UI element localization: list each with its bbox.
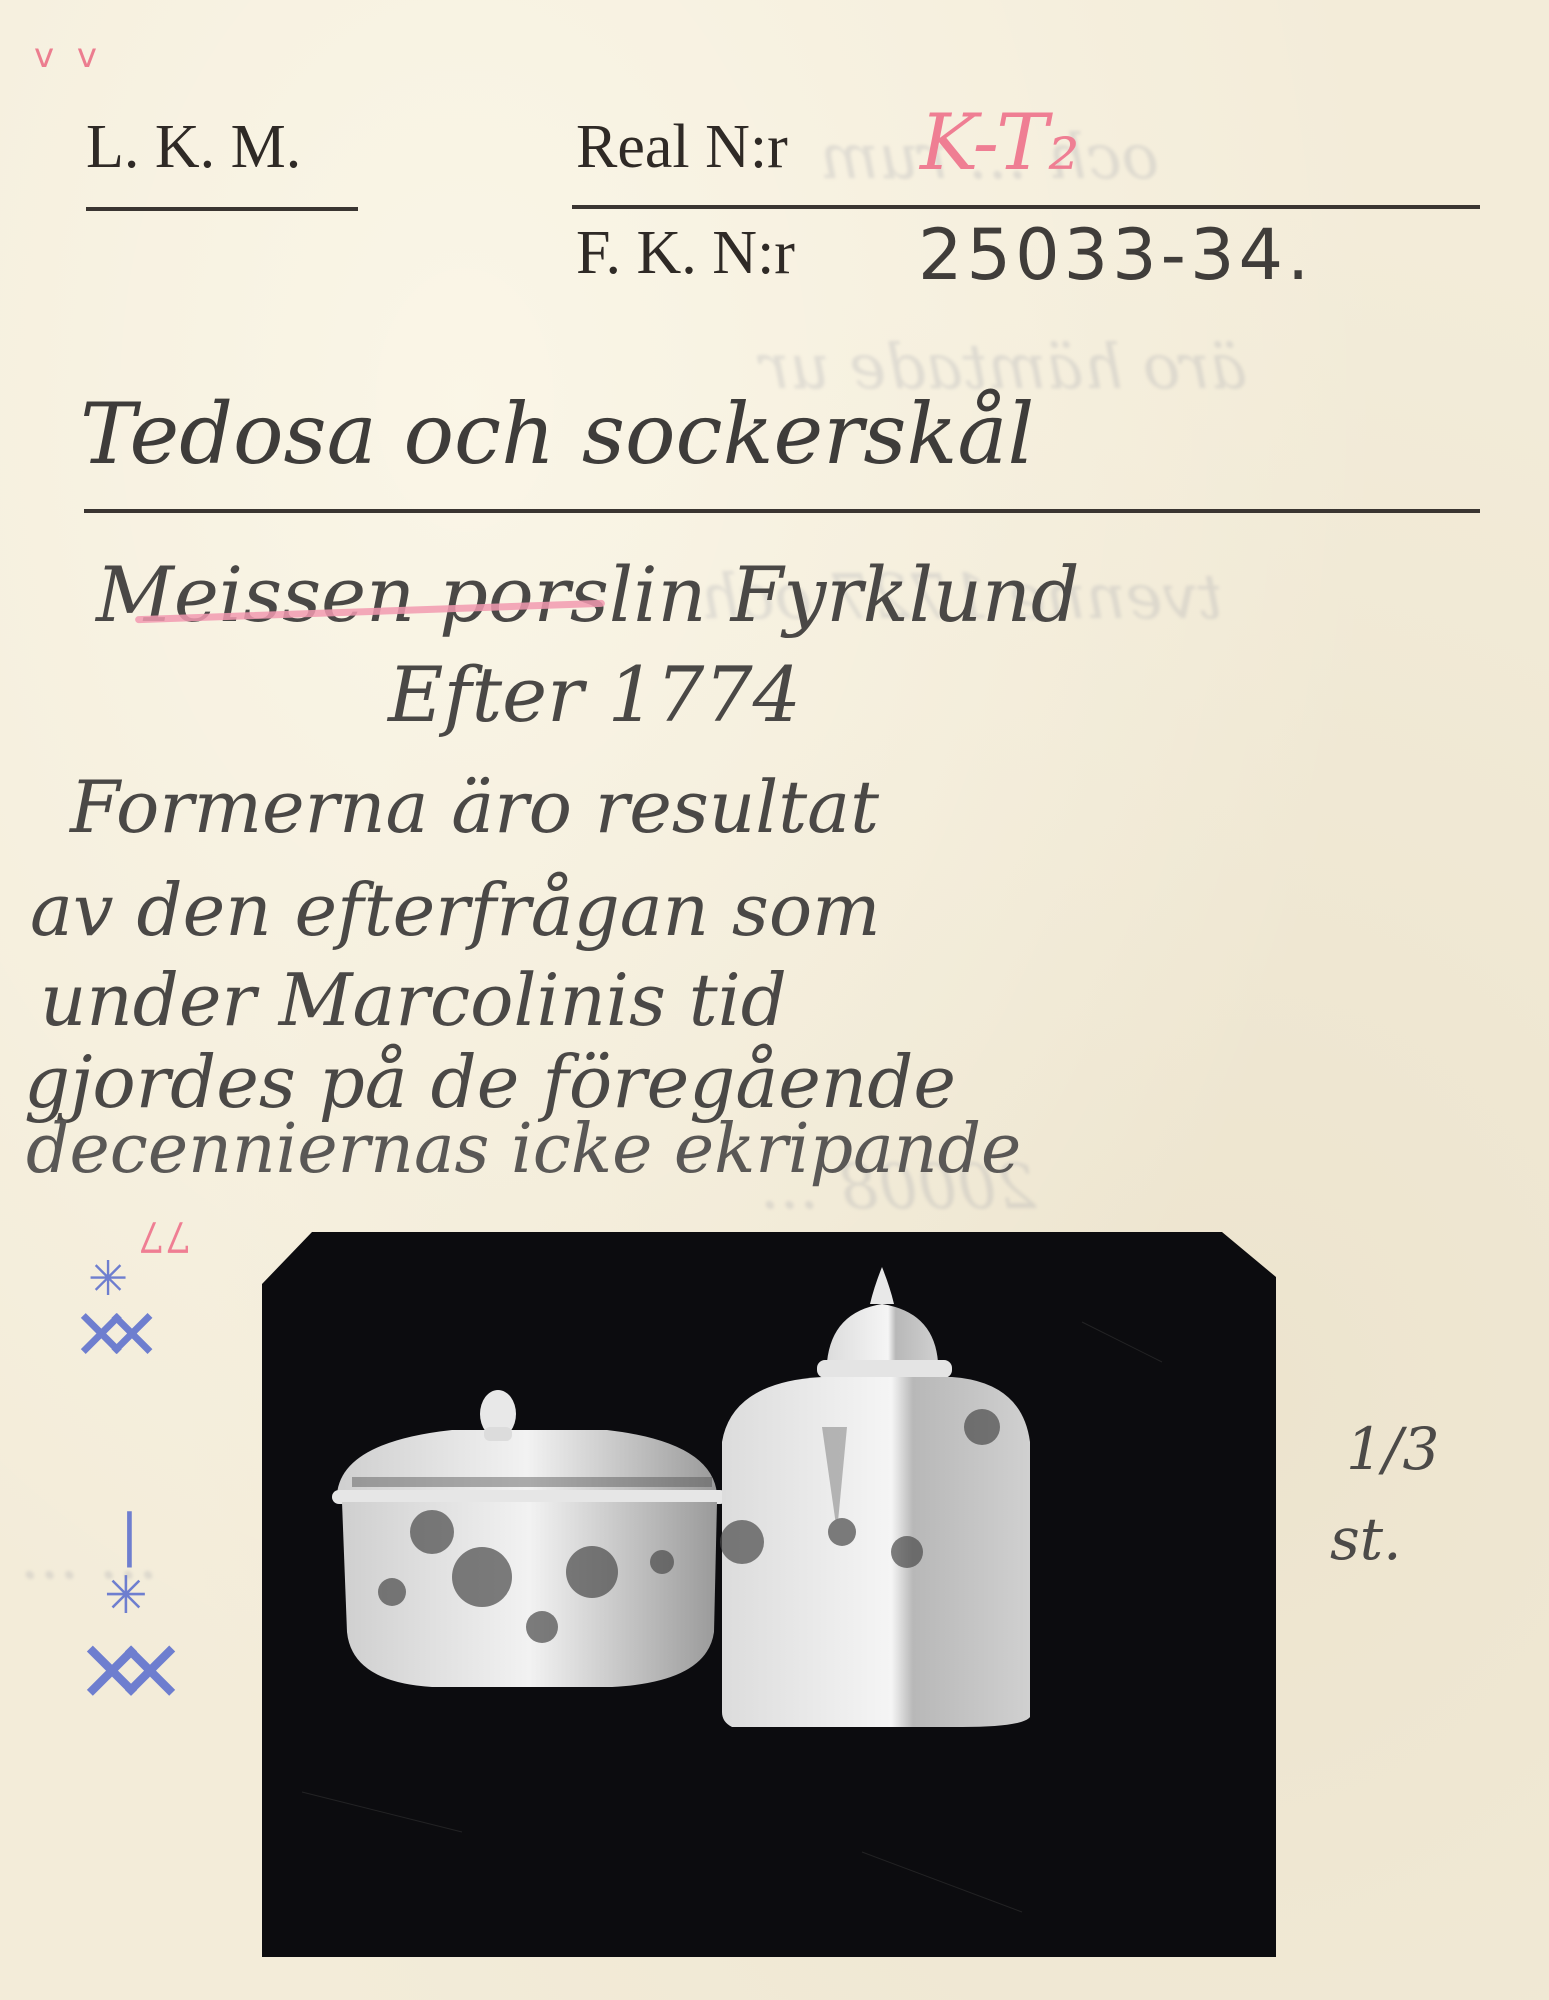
- crossed-swords-mark-icon: ✕✕: [72, 1300, 133, 1370]
- asterisk-mark-icon: ✳: [104, 1570, 148, 1622]
- scale-fraction: 1/3: [1346, 1415, 1439, 1483]
- red-margin-note: 77: [138, 1212, 191, 1261]
- header-rule-left: [86, 207, 358, 211]
- description-line-2: av den efterfrågan som: [30, 868, 881, 952]
- date-line: Efter 1774: [388, 650, 801, 739]
- fk-nr-value: 25033-34.: [918, 214, 1313, 296]
- description-line-1: Formerna äro resultat: [70, 765, 879, 849]
- object-photograph: [262, 1232, 1276, 1957]
- description-line-3: under Marcolinis tid: [40, 958, 787, 1042]
- institution-label: L. K. M.: [86, 112, 301, 183]
- crossed-swords-mark-icon: ✕✕: [76, 1630, 152, 1716]
- manufacture-line: Meissen porslin Fyrklund: [96, 550, 1080, 639]
- title-rule: [84, 509, 1480, 513]
- real-nr-value: K-T₂: [920, 98, 1079, 188]
- header-rule-right: [572, 205, 1480, 209]
- object-title: Tedosa och sockerskål: [80, 385, 1034, 483]
- check-marks: v v: [34, 36, 103, 76]
- vertical-stroke-mark: |: [120, 1508, 139, 1564]
- description-line-5: decenniernas icke ekripande: [26, 1110, 1021, 1189]
- real-nr-label: Real N:r: [576, 112, 788, 183]
- scale-abbrev: st.: [1330, 1505, 1402, 1573]
- fk-nr-label: F. K. N:r: [576, 218, 795, 289]
- porcelain-photo-icon: [262, 1232, 1276, 1957]
